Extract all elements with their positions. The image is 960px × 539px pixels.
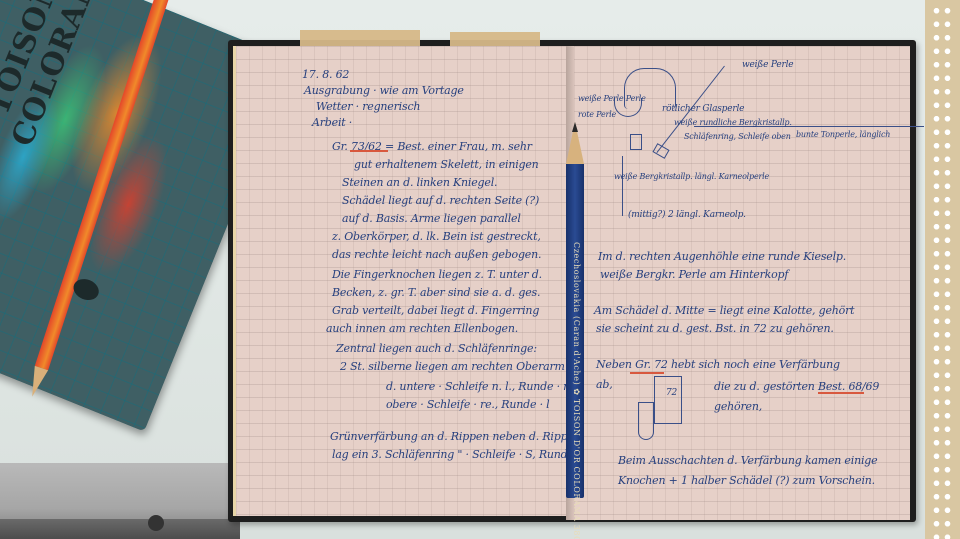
text-line: Im d. rechten Augenhöhle eine runde Kies… — [598, 250, 846, 263]
notebook-left-page: 17. 8. 62 Ausgrabung · wie am Vortage We… — [236, 46, 568, 516]
sketch-label: weiße rundliche Bergkristallp. — [674, 118, 792, 127]
red-underline — [350, 150, 388, 152]
diagram-label: 72 — [666, 388, 677, 398]
sketch-label: (mittig?) 2 längl. Karneolp. — [628, 210, 746, 220]
sketch-label: weiße Perle Perle — [578, 94, 646, 103]
notebook-right-page: weiße Perle weiße Perle Perle rote Perle… — [574, 46, 910, 520]
text-line: weiße Bergkr. Perle am Hinterkopf — [600, 268, 788, 281]
text-line: Arbeit · — [312, 116, 352, 129]
text-line: Beim Ausschachten d. Verfärbung kamen ei… — [618, 454, 877, 467]
text-line: 2 St. silberne liegen am rechten Oberarm — [340, 360, 565, 373]
sketch-label: weiße Bergkristallp. längl. Karneolperle — [614, 172, 769, 181]
text-line: gehören, — [714, 400, 762, 413]
text-line: Die Fingerknochen liegen z. T. unter d. — [332, 268, 542, 281]
photo-horizon — [0, 519, 240, 539]
text-line: Wetter · regnerisch — [316, 100, 420, 113]
text-line: obere · Schleife · re., Runde · l — [386, 398, 550, 411]
text-line: Zentral liegen auch d. Schläfenringe: — [336, 342, 537, 355]
text-line: Grünverfärbung an d. Rippen neben d. Rip… — [330, 430, 581, 443]
text-line: Grab verteilt, dabei liegt d. Fingerring — [332, 304, 539, 317]
grave-plan-sketch — [638, 402, 654, 440]
text-line: auch innen am rechten Ellenbogen. — [326, 322, 518, 335]
red-underline — [630, 372, 664, 374]
text-line: auf d. Basis. Arme liegen parallel — [342, 212, 521, 225]
text-line: Knochen + 1 halber Schädel (?) zum Vorsc… — [618, 474, 875, 487]
text-line: sie scheint zu d. gest. Bst. in 72 zu ge… — [596, 322, 834, 335]
perforation-holes — [931, 4, 953, 539]
red-underline — [818, 392, 864, 394]
text-line: Ausgrabung · wie am Vortage — [304, 84, 464, 97]
photo-person-head — [148, 515, 164, 531]
tape-strip — [300, 30, 420, 46]
sketch-label: Schläfenring, Schleife oben — [684, 132, 791, 141]
entry-date: 17. 8. 62 — [302, 68, 349, 81]
text-line: ab, — [596, 378, 613, 391]
text-line: Steinen an d. linken Kniegel. — [342, 176, 497, 189]
blue-pencil: Czechoslovakia (Caran d'Ache) ✿ TOISON D… — [566, 122, 584, 498]
bead-sketch — [630, 134, 642, 150]
text-line: Becken, z. gr. T. aber sind sie a. d. ge… — [332, 286, 540, 299]
grave-plan-sketch — [654, 376, 682, 424]
pointer-arrow — [622, 156, 623, 216]
black-white-photo — [0, 463, 240, 539]
text-line: das rechte leicht nach außen gebogen. — [332, 248, 541, 261]
text-line: Neben Gr. 72 hebt sich noch eine Verfärb… — [596, 358, 840, 371]
perforated-strip — [925, 0, 960, 539]
text-line: lag ein 3. Schläfenring " · Schleife · S… — [332, 448, 592, 461]
photo-scene: TOISON D'OR COLORAMA 3922 17. 8. 62 Ausg… — [0, 0, 960, 539]
sketch-label: bunte Tonperle, länglich — [796, 130, 890, 139]
text-line: d. untere · Schleife n. l., Runde · re — [386, 380, 575, 393]
text-line: Am Schädel d. Mitte = liegt eine Kalotte… — [594, 304, 854, 317]
text-line: gut erhaltenem Skelett, in einigen — [354, 158, 539, 171]
text-line: z. Oberkörper, d. lk. Bein ist gestreckt… — [332, 230, 541, 243]
sketch-label: weiße Perle — [742, 60, 793, 70]
sketch-label: rote Perle — [578, 110, 616, 119]
sketch-label: rötlicher Glasperle — [662, 104, 744, 114]
pencil-label: Czechoslovakia (Caran d'Ache) ✿ TOISON D… — [572, 242, 581, 442]
text-line: Schädel liegt auf d. rechten Seite (?) — [342, 194, 539, 207]
